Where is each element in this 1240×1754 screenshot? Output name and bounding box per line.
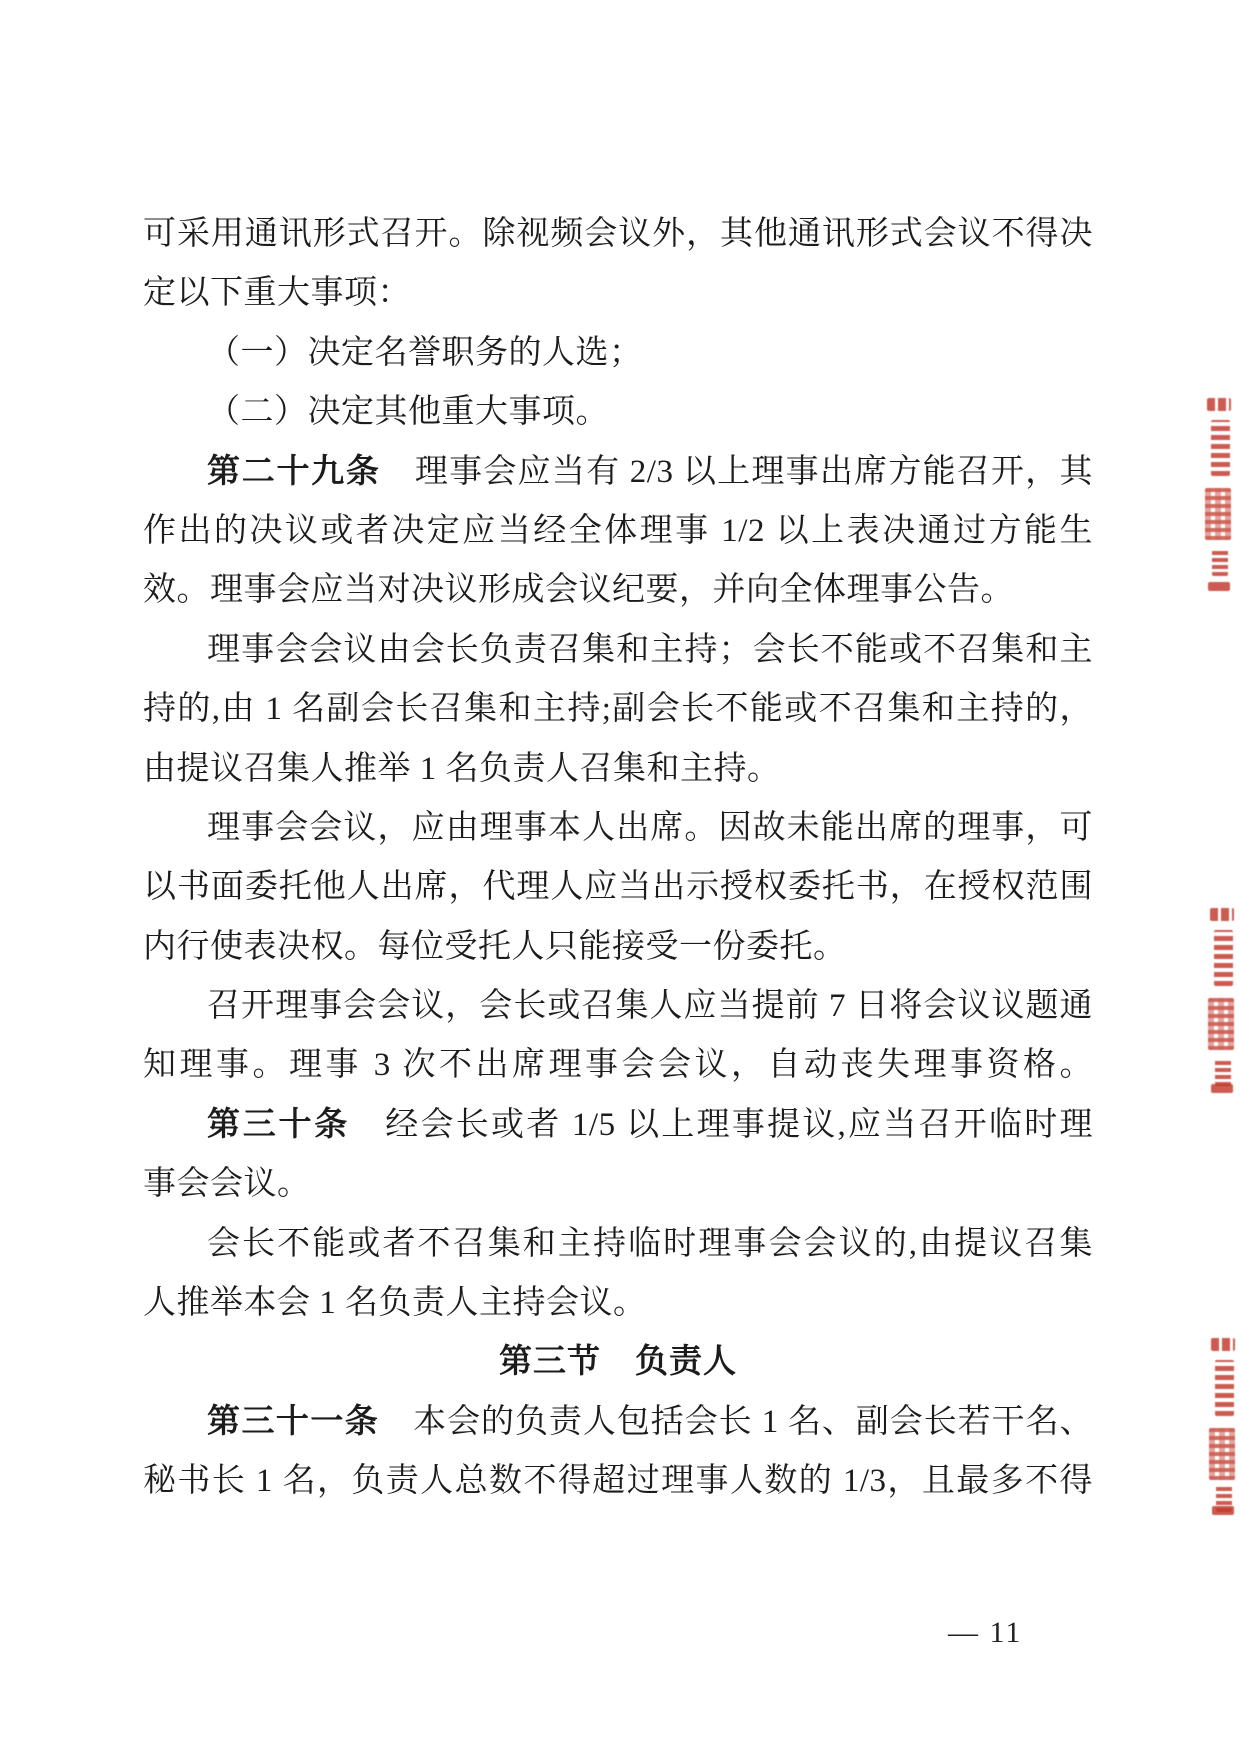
text-line: 定以下重大事项： (143, 262, 1093, 321)
line-text: 理事会会议，应由理事本人出席。因故未能出席的理事，可 (207, 810, 1093, 846)
line-text: 经会长或者 1/5 以上理事提议,应当召开临时理 (350, 1107, 1093, 1143)
line-text: 可采用通讯形式召开。除视频会议外，其他通讯形式会议不得决 (143, 216, 1093, 252)
seal-mark (1209, 1428, 1235, 1480)
text-line: 持的,由 1 名副会长召集和主持;副会长不能或不召集和主持的， (143, 678, 1093, 737)
line-text: 内行使表决权。每位受托人只能接受一份委托。 (143, 929, 847, 965)
text-line: 知理事。理事 3 次不出席理事会会议，自动丧失理事资格。 (143, 1034, 1093, 1093)
seal-mark (1215, 1058, 1231, 1086)
section-heading: 第三节 负责人 (143, 1331, 1093, 1390)
article-number: 第三十条 (207, 1105, 350, 1142)
red-seal-edge-fragment-bottom (1207, 1338, 1240, 1513)
text-line: 内行使表决权。每位受托人只能接受一份委托。 (143, 916, 1093, 975)
text-line: 由提议召集人推举 1 名负责人召集和主持。 (143, 738, 1093, 797)
line-text: 理事会应当有 2/3 以上理事出席方能召开，其 (381, 454, 1093, 490)
line-text: 作出的决议或者决定应当经全体理事 1/2 以上表决通过方能生 (143, 513, 1093, 549)
line-text: 知理事。理事 3 次不出席理事会会议，自动丧失理事资格。 (143, 1047, 1093, 1083)
red-seal-edge-fragment-middle (1206, 908, 1240, 1093)
list-item-one: （一）决定名誉职务的人选； (143, 322, 1093, 381)
line-text: 定以下重大事项： (143, 275, 411, 311)
line-text: 事会会议。 (143, 1166, 311, 1202)
text-line: 事会会议。 (143, 1153, 1093, 1212)
seal-mark (1205, 488, 1231, 540)
seal-mark (1207, 398, 1231, 411)
line-text: 会长不能或者不召集和主持临时理事会会议的,由提议召集 (207, 1226, 1093, 1262)
document-page: 可采用通讯形式召开。除视频会议外，其他通讯形式会议不得决 定以下重大事项： （一… (0, 0, 1240, 1754)
text-line: 以书面委托他人出席，代理人应当出示授权委托书，在授权范围 (143, 856, 1093, 915)
line-text: 理事会会议由会长负责召集和主持；会长不能或不召集和主 (207, 632, 1093, 668)
text-line: 效。理事会应当对决议形成会议纪要，并向全体理事公告。 (143, 559, 1093, 618)
article-29-line: 第二十九条 理事会应当有 2/3 以上理事出席方能召开，其 (143, 441, 1093, 500)
text-line: 理事会会议，应由理事本人出席。因故未能出席的理事，可 (143, 797, 1093, 856)
text-line: 作出的决议或者决定应当经全体理事 1/2 以上表决通过方能生 (143, 500, 1093, 559)
seal-mark (1211, 420, 1230, 476)
article-31-line: 第三十一条 本会的负责人包括会长 1 名、副会长若干名、 (143, 1391, 1093, 1450)
line-text: 人推举本会 1 名负责人主持会议。 (143, 1285, 647, 1321)
seal-mark (1208, 582, 1230, 591)
text-line: 会长不能或者不召集和主持临时理事会会议的,由提议召集 (143, 1213, 1093, 1272)
line-text: 召开理事会会议，会长或召集人应当提前 7 日将会议议题通 (207, 988, 1093, 1024)
article-30-line: 第三十条 经会长或者 1/5 以上理事提议,应当召开临时理 (143, 1094, 1093, 1153)
line-text: （二）决定其他重大事项。 (207, 394, 609, 430)
page-number: — 11 (948, 1616, 1078, 1650)
text-line: 秘书长 1 名，负责人总数不得超过理事人数的 1/3，且最多不得 (143, 1450, 1093, 1509)
text-line: 召开理事会会议，会长或召集人应当提前 7 日将会议议题通 (143, 975, 1093, 1034)
line-text: 持的,由 1 名副会长召集和主持;副会长不能或不召集和主持的， (143, 691, 1093, 727)
article-number: 第三十一条 (207, 1402, 379, 1439)
line-text: 以书面委托他人出席，代理人应当出示授权委托书，在授权范围 (143, 869, 1093, 905)
line-text: （一）决定名誉职务的人选； (207, 335, 643, 371)
text-line: 理事会会议由会长负责召集和主持；会长不能或不召集和主 (143, 619, 1093, 678)
seal-mark (1212, 1506, 1234, 1515)
seal-mark (1211, 1338, 1235, 1351)
seal-mark (1214, 930, 1233, 986)
article-number: 第二十九条 (207, 452, 381, 489)
seal-mark (1211, 1084, 1233, 1093)
seal-mark (1210, 908, 1234, 921)
document-body: 可采用通讯形式召开。除视频会议外，其他通讯形式会议不得决 定以下重大事项： （一… (143, 203, 1093, 1510)
section-title: 第三节 负责人 (499, 1342, 737, 1379)
line-text: 效。理事会应当对决议形成会议纪要，并向全体理事公告。 (143, 572, 1014, 608)
seal-mark (1212, 548, 1228, 576)
text-line: 人推举本会 1 名负责人主持会议。 (143, 1272, 1093, 1331)
line-text: 秘书长 1 名，负责人总数不得超过理事人数的 1/3，且最多不得 (143, 1463, 1093, 1499)
line-text: 由提议召集人推举 1 名负责人召集和主持。 (143, 751, 781, 787)
text-line: 可采用通讯形式召开。除视频会议外，其他通讯形式会议不得决 (143, 203, 1093, 262)
list-item-two: （二）决定其他重大事项。 (143, 381, 1093, 440)
red-seal-edge-fragment-top (1203, 398, 1237, 593)
seal-mark (1208, 998, 1234, 1050)
line-text: 本会的负责人包括会长 1 名、副会长若干名、 (379, 1404, 1093, 1440)
seal-mark (1215, 1360, 1234, 1416)
